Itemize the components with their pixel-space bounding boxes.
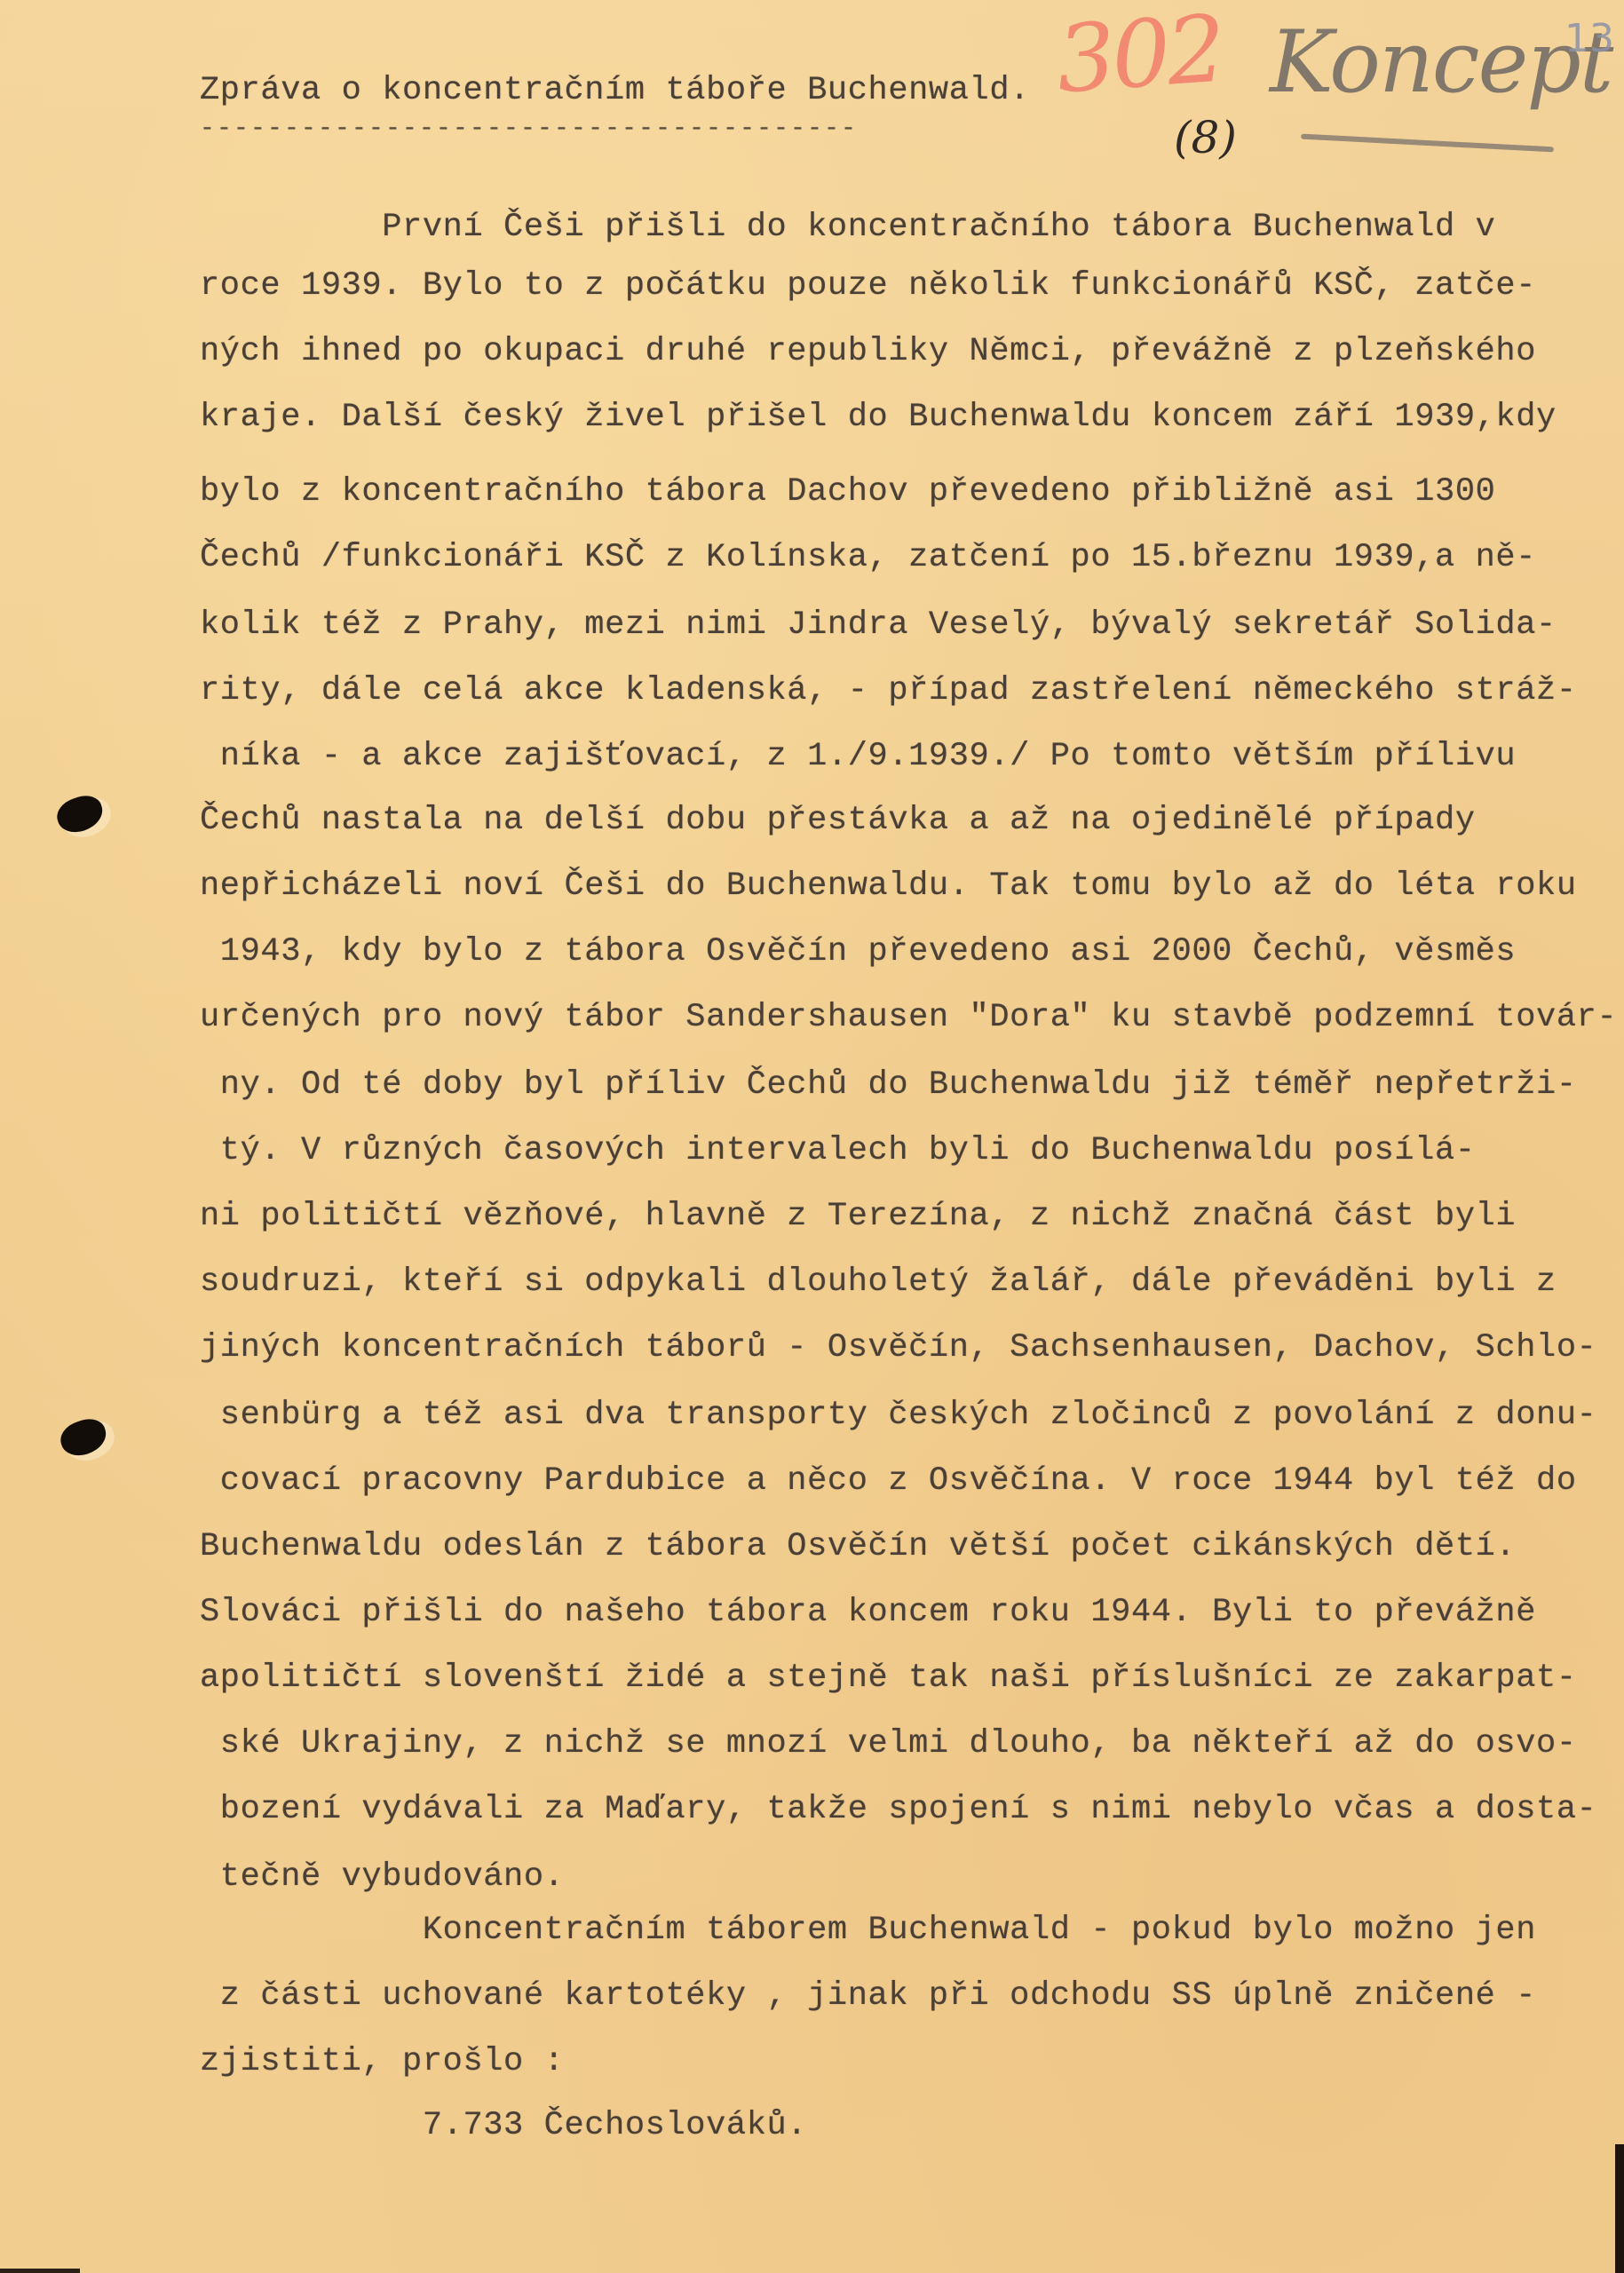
text-line: Slováci přišli do našeho tábora koncem r… bbox=[200, 1596, 1536, 1629]
page-number-annotation: 13 bbox=[1565, 16, 1614, 61]
text-line: kraje. Další český živel přišel do Buche… bbox=[200, 401, 1557, 434]
page-edge-shadow bbox=[1615, 2144, 1624, 2273]
text-line: ných ihned po okupaci druhé republiky Ně… bbox=[200, 336, 1536, 368]
text-line: 1943, kdy bylo z tábora Osvěčín převeden… bbox=[200, 936, 1516, 969]
punch-hole-icon bbox=[52, 791, 107, 837]
page-edge-shadow bbox=[0, 2269, 80, 2273]
document-title: Zpráva o koncentračním táboře Buchenwald… bbox=[200, 75, 1030, 107]
text-line: První Češi přišli do koncentračního tábo… bbox=[200, 211, 1495, 244]
text-line: Koncentračním táborem Buchenwald - pokud… bbox=[200, 1914, 1536, 1947]
text-line: tý. V různých časových intervalech byli … bbox=[200, 1135, 1476, 1168]
text-line: určených pro nový tábor Sandershausen "D… bbox=[200, 1002, 1617, 1034]
title-underline: --------------------------------------- bbox=[200, 117, 858, 142]
text-line: níka - a akce zajišťovací, z 1./9.1939./… bbox=[200, 741, 1516, 773]
text-line: ny. Od té doby byl příliv Čechů do Buche… bbox=[200, 1069, 1577, 1102]
text-line-total: 7.733 Čechoslováků. bbox=[200, 2110, 807, 2142]
text-line: bylo z koncentračního tábora Dachov přev… bbox=[200, 476, 1495, 509]
text-line: senbürg a též asi dva transporty českých… bbox=[200, 1399, 1596, 1432]
ink-number-annotation: (8) bbox=[1174, 112, 1237, 163]
text-line: bození vydávali za Maďary, takže spojení… bbox=[200, 1794, 1596, 1826]
koncept-pencil-annotation: Koncept bbox=[1270, 12, 1612, 112]
text-line: covací pracovny Pardubice a něco z Osvěč… bbox=[200, 1465, 1577, 1498]
text-line: kolik též z Prahy, mezi nimi Jindra Vese… bbox=[200, 609, 1557, 642]
text-line: roce 1939. Bylo to z počátku pouze někol… bbox=[200, 270, 1536, 303]
text-line: nepřicházeli noví Češi do Buchenwaldu. T… bbox=[200, 870, 1577, 903]
text-line: ni političtí vězňové, hlavně z Terezína,… bbox=[200, 1200, 1516, 1233]
text-line: Čechů /funkcionáři KSČ z Kolínska, zatče… bbox=[200, 542, 1536, 574]
text-line: Čechů nastala na delší dobu přestávka a … bbox=[200, 804, 1476, 837]
text-line: tečně vybudováno. bbox=[200, 1861, 564, 1894]
text-line: jiných koncentračních táborů - Osvěčín, … bbox=[200, 1332, 1596, 1365]
pencil-underline-stroke bbox=[1301, 134, 1554, 153]
text-line: rity, dále celá akce kladenská, - případ… bbox=[200, 675, 1577, 708]
archive-number-annotation: 302 bbox=[1053, 0, 1226, 114]
text-line: zjistiti, prošlo : bbox=[200, 2046, 564, 2079]
text-line: soudruzi, kteří si odpykali dlouholetý ž… bbox=[200, 1266, 1557, 1299]
text-line: ské Ukrajiny, z nichž se mnozí velmi dlo… bbox=[200, 1728, 1577, 1761]
text-line: z části uchované kartotéky , jinak při o… bbox=[200, 1980, 1536, 2013]
document-page: Zpráva o koncentračním táboře Buchenwald… bbox=[0, 0, 1624, 2273]
text-line: Buchenwaldu odeslán z tábora Osvěčín vět… bbox=[200, 1531, 1516, 1564]
punch-hole-icon bbox=[56, 1414, 110, 1461]
text-line: apolitičtí slovenští židé a stejně tak n… bbox=[200, 1662, 1577, 1695]
